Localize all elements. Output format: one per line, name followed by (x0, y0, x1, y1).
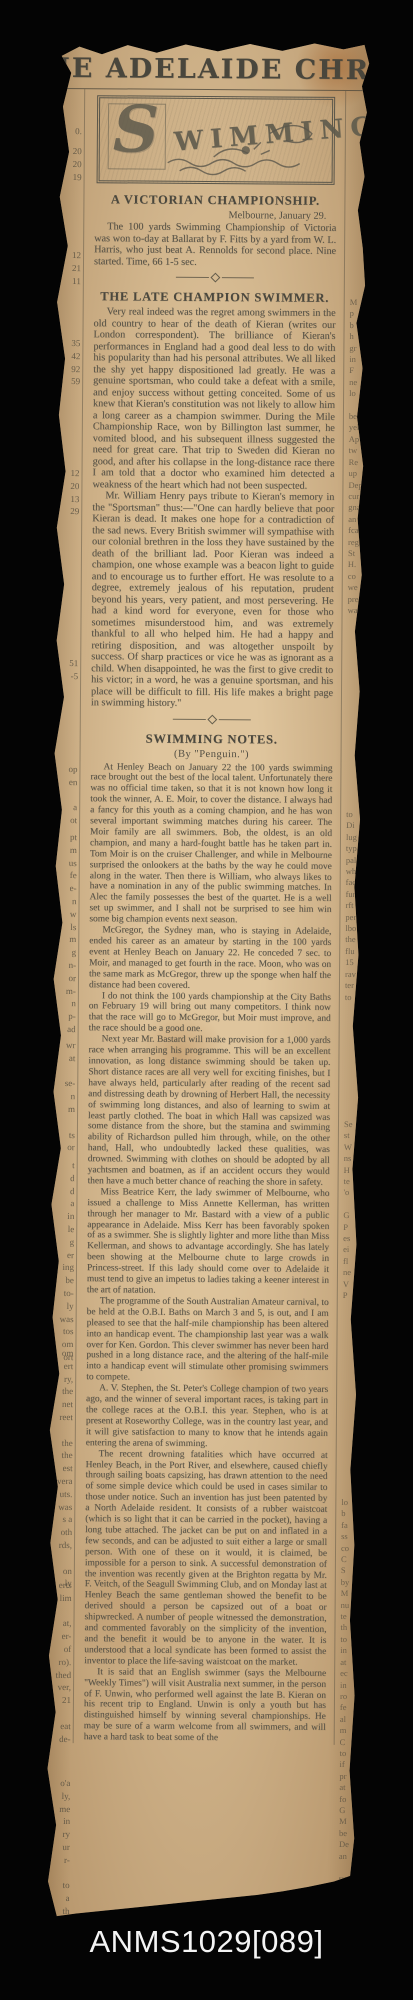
left-margin-fragment: 51 -5 (51, 657, 78, 683)
article-victorian-championship: A VICTORIAN CHAMPIONSHIP. Melbourne, Jan… (94, 192, 337, 269)
article-paragraph: Miss Beatrice Kerr, the lady swimmer of … (87, 1187, 330, 1298)
article-heading: A VICTORIAN CHAMPIONSHIP. (94, 192, 336, 209)
left-margin-fragment: erts lim at, er- of ro). thed ver, 21 ea… (44, 1579, 72, 1746)
left-margin-fragment: t d d a in le g er ing be to- ly was tos… (46, 1159, 74, 1364)
article-swimming-notes: SWIMMING NOTES. (By "Penguin.") At Henle… (84, 731, 333, 1745)
archive-label: ANMS1029[089] (0, 1924, 413, 1960)
banner-initial-letter: S (113, 92, 160, 167)
article-heading: SWIMMING NOTES. (91, 731, 333, 748)
swimmer-illustration-icon (166, 113, 326, 180)
article-paragraph: I do not think the 100 yards championshi… (89, 991, 331, 1036)
left-margin-fragment: 20 20 19 (55, 145, 82, 184)
article-paragraph: A. V. Stephen, the St. Peter's College c… (86, 1383, 328, 1450)
archive-photo-background: { "archive_label": "ANMS1029[089]", "col… (0, 0, 413, 2000)
right-sliver-fragment: to Di lug typ pal wh fac fun rft per lbo… (345, 809, 365, 1003)
article-paragraph: It is said that an English swimmer (says… (84, 1667, 327, 1745)
article-paragraph: McGregor, the Sydney man, who is staying… (89, 925, 331, 992)
article-byline: (By "Penguin.") (91, 748, 333, 761)
left-margin-fragment: om ert ry, the net reet the the est vera… (45, 1347, 74, 1590)
left-margin-fragment: 12 20 13 29 (52, 467, 79, 518)
section-divider (173, 715, 251, 723)
left-margin-fragment: 35 42 92 59 (53, 337, 80, 388)
article-paragraph: Next year Mr. Bastard will make provisio… (88, 1034, 331, 1188)
article-paragraph: At Henley Beach on January 22 the 100 ya… (89, 762, 332, 927)
left-margin-fragment: 12 21 11 (54, 249, 81, 288)
article-paragraph: The recent drowning fatalities which hav… (84, 1449, 328, 1669)
newspaper-clipping: HE ADELAIDE CHRONIC S WIMMING A VICTORIA… (37, 39, 372, 1921)
right-sliver-fragment: lo b fa ss co C S by M nu te th to in at… (338, 1497, 360, 1921)
article-paragraph: Very real indeed was the regret among sw… (92, 306, 335, 492)
article-dateline: Melbourne, January 29. (94, 209, 326, 222)
main-column: S WIMMING A VICTORIAN CHAMPIONSHIP. Melb… (73, 89, 347, 1745)
left-margin-fragment: pt m us fe e- n w ls m g n- or m- n p- a… (49, 831, 77, 1036)
article-heading: THE LATE CHAMPION SWIMMER. (94, 289, 336, 306)
swimming-banner: S WIMMING (97, 95, 336, 185)
left-margin-fragment: o'a ly, me in ry ur r- to a th se (42, 1777, 70, 1921)
section-divider (176, 274, 254, 282)
right-sliver-fragment: M p b h gr in F ne lo be yel Ap tw Re up… (348, 297, 369, 616)
left-margin-fragment: wr at se- n m ts or (48, 1039, 76, 1154)
article-paragraph: The 100 yards Swimming Championship of V… (94, 221, 336, 269)
left-margin-fragment: 0. (55, 125, 82, 138)
article-paragraph: The programme of the South Australian Am… (86, 1296, 329, 1385)
article-late-champion-swimmer: THE LATE CHAMPION SWIMMER. Very real ind… (91, 289, 336, 710)
right-sliver-fragment: Se st W ns H te 'o G P es ei fl ne V P (343, 1119, 363, 1302)
article-paragraph: Mr. William Henry pays tribute to Kieran… (91, 490, 335, 710)
masthead-title: HE ADELAIDE CHRONIC (44, 39, 366, 91)
left-margin-fragment: op en a ot (50, 763, 77, 827)
